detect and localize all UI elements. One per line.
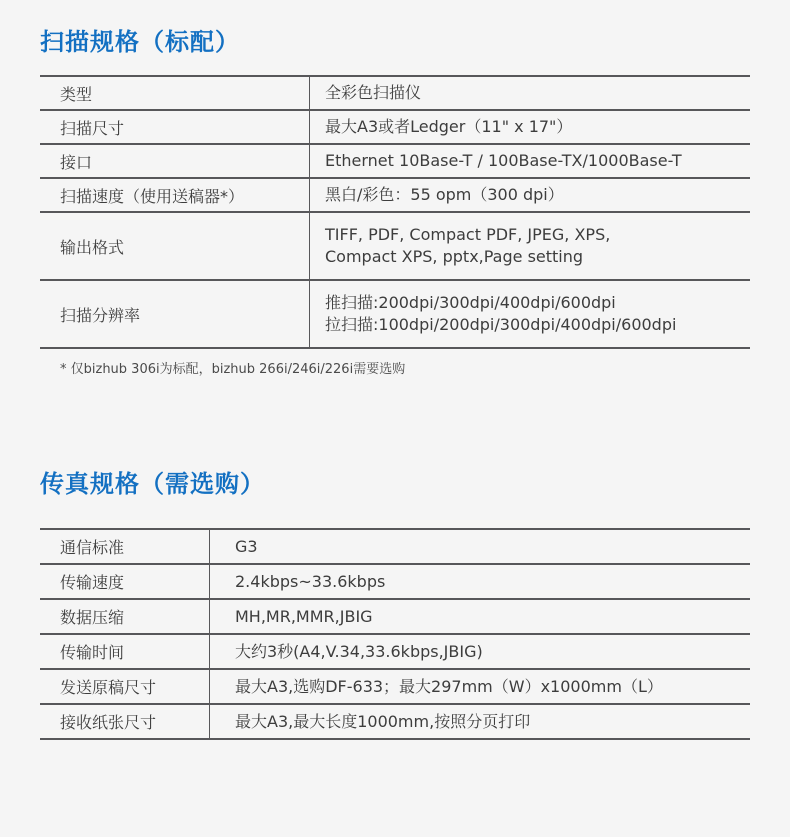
spec-value: 最大A3或者Ledger（11" x 17"） bbox=[310, 111, 750, 143]
spec-label: 接收纸张尺寸 bbox=[40, 705, 210, 738]
spec-label: 类型 bbox=[40, 77, 310, 109]
table-row-scan-type: 类型 全彩色扫描仪 bbox=[40, 77, 750, 111]
spec-label: 数据压缩 bbox=[40, 600, 210, 633]
table-row-fax-standard: 通信标准 G3 bbox=[40, 530, 750, 565]
spec-value: 2.4kbps~33.6kbps bbox=[210, 565, 750, 598]
spec-label: 扫描尺寸 bbox=[40, 111, 310, 143]
table-row-scan-output-format: 输出格式 TIFF, PDF, Compact PDF, JPEG, XPS, … bbox=[40, 213, 750, 281]
spec-value-line: 2.4kbps~33.6kbps bbox=[235, 571, 750, 593]
spec-label: 扫描分辨率 bbox=[40, 281, 310, 347]
scan-footnote: * 仅bizhub 306i为标配，bizhub 266i/246i/226i需… bbox=[60, 361, 750, 379]
spec-value: 最大A3,最大长度1000mm,按照分页打印 bbox=[210, 705, 750, 738]
spec-value-line: 最大A3或者Ledger（11" x 17"） bbox=[325, 116, 750, 138]
spec-value-line: 大约3秒(A4,V.34,33.6kbps,JBIG) bbox=[235, 641, 750, 663]
spec-value-line: 拉扫描:100dpi/200dpi/300dpi/400dpi/600dpi bbox=[325, 314, 750, 336]
table-row-scan-interface: 接口 Ethernet 10Base-T / 100Base-TX/1000Ba… bbox=[40, 145, 750, 179]
spec-value-line: 全彩色扫描仪 bbox=[325, 82, 750, 104]
spec-value-line: Compact XPS, pptx,Page setting bbox=[325, 246, 750, 268]
spec-label: 发送原稿尺寸 bbox=[40, 670, 210, 703]
spec-value: 黑白/彩色：55 opm（300 dpi） bbox=[310, 179, 750, 211]
scan-section-title: 扫描规格（标配） bbox=[40, 28, 750, 56]
spec-value: 推扫描:200dpi/300dpi/400dpi/600dpi 拉扫描:100d… bbox=[310, 281, 750, 347]
spec-value: MH,MR,MMR,JBIG bbox=[210, 600, 750, 633]
table-row-fax-compression: 数据压缩 MH,MR,MMR,JBIG bbox=[40, 600, 750, 635]
spec-label: 传输时间 bbox=[40, 635, 210, 668]
scan-spec-table: 类型 全彩色扫描仪 扫描尺寸 最大A3或者Ledger（11" x 17"） 接… bbox=[40, 75, 750, 349]
spec-value-line: G3 bbox=[235, 536, 750, 558]
spec-value: TIFF, PDF, Compact PDF, JPEG, XPS, Compa… bbox=[310, 213, 750, 279]
spec-value-line: 黑白/彩色：55 opm（300 dpi） bbox=[325, 184, 750, 206]
spec-value: 大约3秒(A4,V.34,33.6kbps,JBIG) bbox=[210, 635, 750, 668]
table-row-scan-resolution: 扫描分辨率 推扫描:200dpi/300dpi/400dpi/600dpi 拉扫… bbox=[40, 281, 750, 349]
table-row-scan-size: 扫描尺寸 最大A3或者Ledger（11" x 17"） bbox=[40, 111, 750, 145]
table-row-fax-speed: 传输速度 2.4kbps~33.6kbps bbox=[40, 565, 750, 600]
spec-label: 输出格式 bbox=[40, 213, 310, 279]
spec-label: 传输速度 bbox=[40, 565, 210, 598]
spec-value-line: 最大A3,选购DF-633；最大297mm（W）x1000mm（L） bbox=[235, 676, 750, 698]
spec-value-line: MH,MR,MMR,JBIG bbox=[235, 606, 750, 628]
spec-value-line: 最大A3,最大长度1000mm,按照分页打印 bbox=[235, 711, 750, 733]
spec-label: 通信标准 bbox=[40, 530, 210, 563]
spec-page: 扫描规格（标配） 类型 全彩色扫描仪 扫描尺寸 最大A3或者Ledger（11"… bbox=[0, 0, 790, 837]
table-row-fax-receive-size: 接收纸张尺寸 最大A3,最大长度1000mm,按照分页打印 bbox=[40, 705, 750, 740]
spec-value: G3 bbox=[210, 530, 750, 563]
fax-section-title: 传真规格（需选购） bbox=[40, 470, 750, 498]
spec-value: Ethernet 10Base-T / 100Base-TX/1000Base-… bbox=[310, 145, 750, 177]
table-row-fax-time: 传输时间 大约3秒(A4,V.34,33.6kbps,JBIG) bbox=[40, 635, 750, 670]
spec-value: 最大A3,选购DF-633；最大297mm（W）x1000mm（L） bbox=[210, 670, 750, 703]
spec-label: 接口 bbox=[40, 145, 310, 177]
spec-label: 扫描速度（使用送稿器*） bbox=[40, 179, 310, 211]
spec-value-line: 推扫描:200dpi/300dpi/400dpi/600dpi bbox=[325, 292, 750, 314]
spec-value-line: TIFF, PDF, Compact PDF, JPEG, XPS, bbox=[325, 224, 750, 246]
table-row-scan-speed: 扫描速度（使用送稿器*） 黑白/彩色：55 opm（300 dpi） bbox=[40, 179, 750, 213]
table-row-fax-send-size: 发送原稿尺寸 最大A3,选购DF-633；最大297mm（W）x1000mm（L… bbox=[40, 670, 750, 705]
fax-spec-table: 通信标准 G3 传输速度 2.4kbps~33.6kbps 数据压缩 MH,MR… bbox=[40, 528, 750, 740]
spec-value-line: Ethernet 10Base-T / 100Base-TX/1000Base-… bbox=[325, 150, 750, 172]
spec-value: 全彩色扫描仪 bbox=[310, 77, 750, 109]
